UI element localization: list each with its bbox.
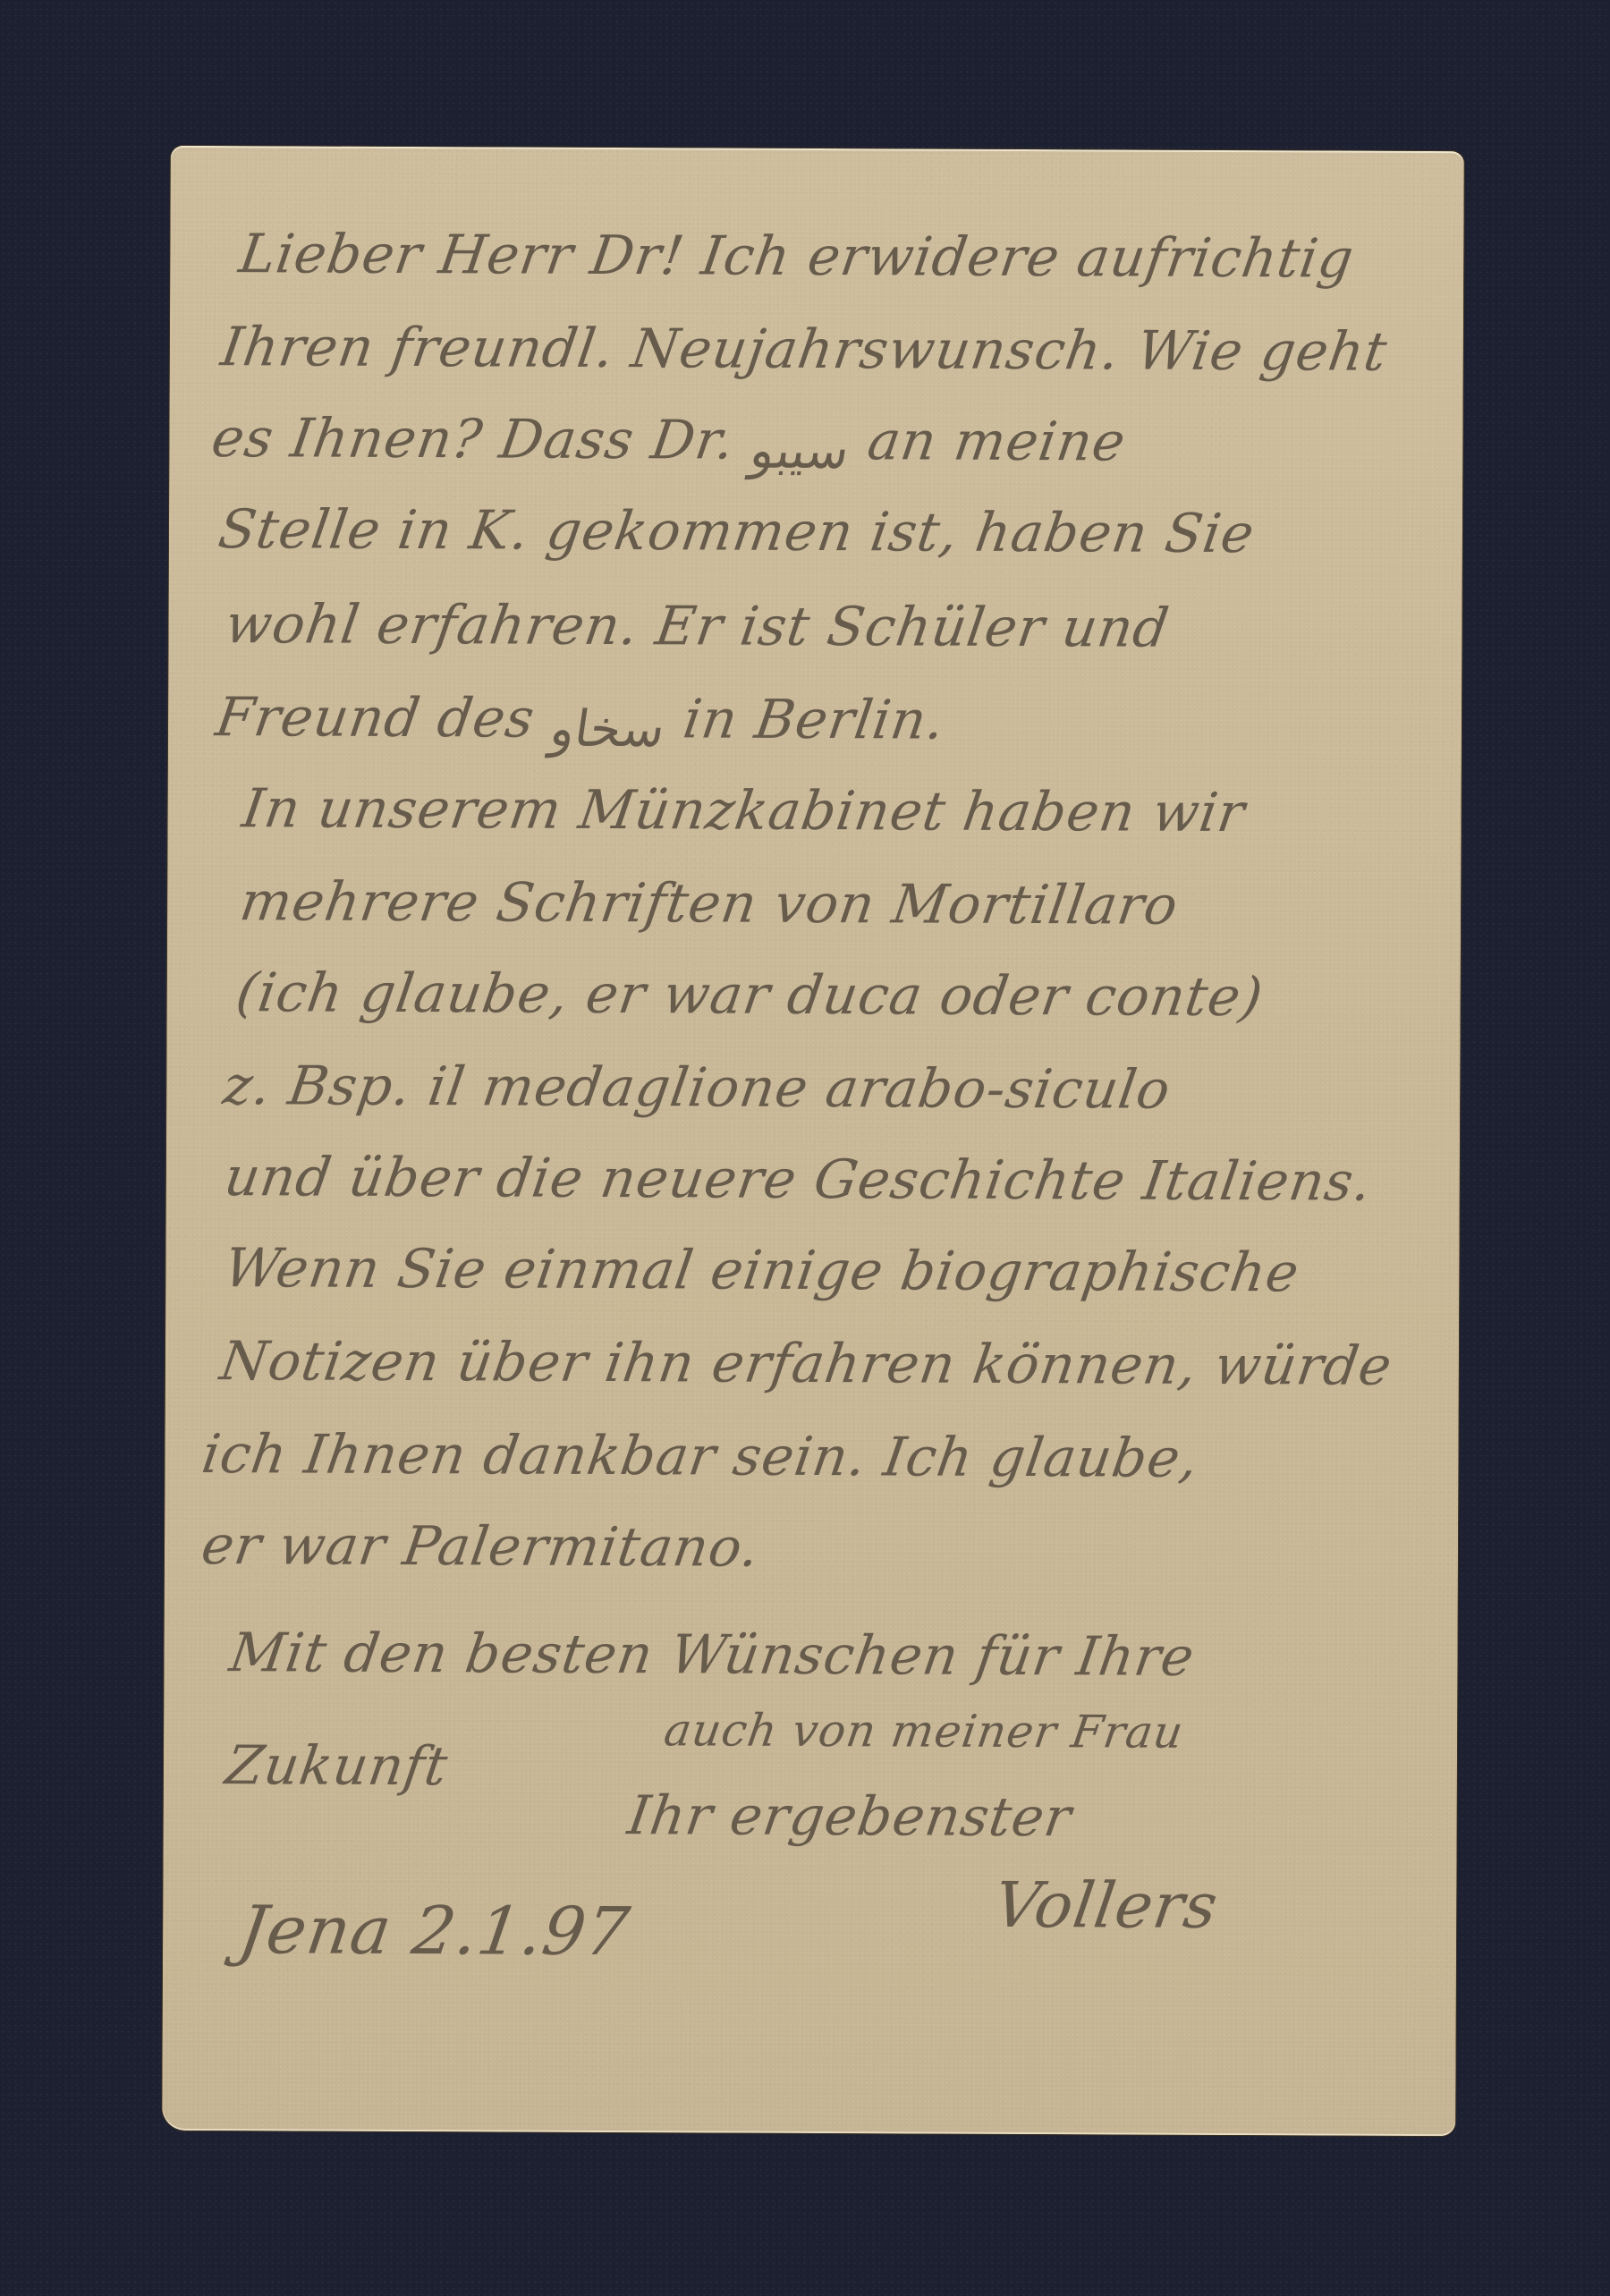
letter-line-text: Freund des <box>212 686 538 750</box>
letter-line-2: es Ihnen? Dass Dr. سيبو an meine <box>208 407 1130 473</box>
handwritten-letter: Lieber Herr Dr! Ich erwidere aufrichtig … <box>162 146 1464 2136</box>
postcard: Lieber Herr Dr! Ich erwidere aufrichtig … <box>162 146 1464 2136</box>
closing-addition: auch von meiner Frau <box>661 1704 1187 1758</box>
letter-line-14: er war Palermitano. <box>198 1514 764 1580</box>
letter-line-text: und über die neuere Geschichte Italiens. <box>221 1146 1377 1214</box>
letter-line-text: ich Ihnen dankbar sein. Ich glaube, <box>198 1423 1202 1490</box>
letter-line-9: z. Bsp. il medaglione arabo-siculo <box>219 1055 1174 1122</box>
closing-line-1: Mit den besten Wünschen für Ihre <box>225 1622 1199 1689</box>
letter-line-text-cont: an meine <box>864 410 1130 473</box>
letter-line-text: In unserem Münzkabinet haben wir <box>239 777 1250 844</box>
letter-line-1: Ihren freundl. Neujahrswunsch. Wie geht <box>217 316 1392 384</box>
letter-line-text: wohl erfahren. Er ist Schüler und <box>221 593 1173 660</box>
letter-line-text: Ihren freundl. Neujahrswunsch. Wie geht <box>217 316 1392 384</box>
letter-line-text: Stelle in K. gekommen ist, haben Sie <box>215 498 1258 565</box>
letter-line-7: mehrere Schriften von Mortillaro <box>236 870 1182 937</box>
closing-line-2: Zukunft <box>222 1734 452 1798</box>
letter-line-text-cont: in Berlin. <box>680 688 949 751</box>
signature: Vollers <box>989 1868 1223 1943</box>
letter-line-text: mehrere Schriften von Mortillaro <box>236 870 1182 937</box>
letter-line-10: und über die neuere Geschichte Italiens. <box>221 1146 1377 1214</box>
letter-line-text: (ich glaube, er war duca oder conte) <box>233 962 1267 1029</box>
letter-line-8: (ich glaube, er war duca oder conte) <box>233 962 1267 1029</box>
place-date: Jena 2.1.97 <box>234 1892 635 1970</box>
letter-line-11: Wenn Sie einmal einige biographische <box>220 1237 1303 1304</box>
arabic-name-inline: سخاو <box>547 700 669 759</box>
letter-line-13: ich Ihnen dankbar sein. Ich glaube, <box>198 1423 1202 1490</box>
letter-line-3: Stelle in K. gekommen ist, haben Sie <box>215 498 1258 565</box>
letter-line-4: wohl erfahren. Er ist Schüler und <box>221 593 1173 660</box>
letter-line-text: er war Palermitano. <box>198 1514 764 1580</box>
letter-line-text: Wenn Sie einmal einige biographische <box>220 1237 1303 1304</box>
arabic-name-inline: سيبو <box>747 422 853 480</box>
letter-line-text: z. Bsp. il medaglione arabo-siculo <box>219 1055 1174 1122</box>
letter-line-12: Notizen über ihn erfahren können, würde <box>216 1330 1396 1398</box>
letter-line-text: Notizen über ihn erfahren können, würde <box>216 1330 1396 1398</box>
salutation-line: Lieber Herr Dr! Ich erwidere aufrichtig <box>235 223 1358 290</box>
closing-line-3: Ihr ergebenster <box>624 1784 1076 1849</box>
letter-line-6: In unserem Münzkabinet haben wir <box>239 777 1250 844</box>
letter-line-5: Freund des سخاو in Berlin. <box>212 686 949 752</box>
letter-line-text: es Ihnen? Dass Dr. <box>208 407 739 472</box>
